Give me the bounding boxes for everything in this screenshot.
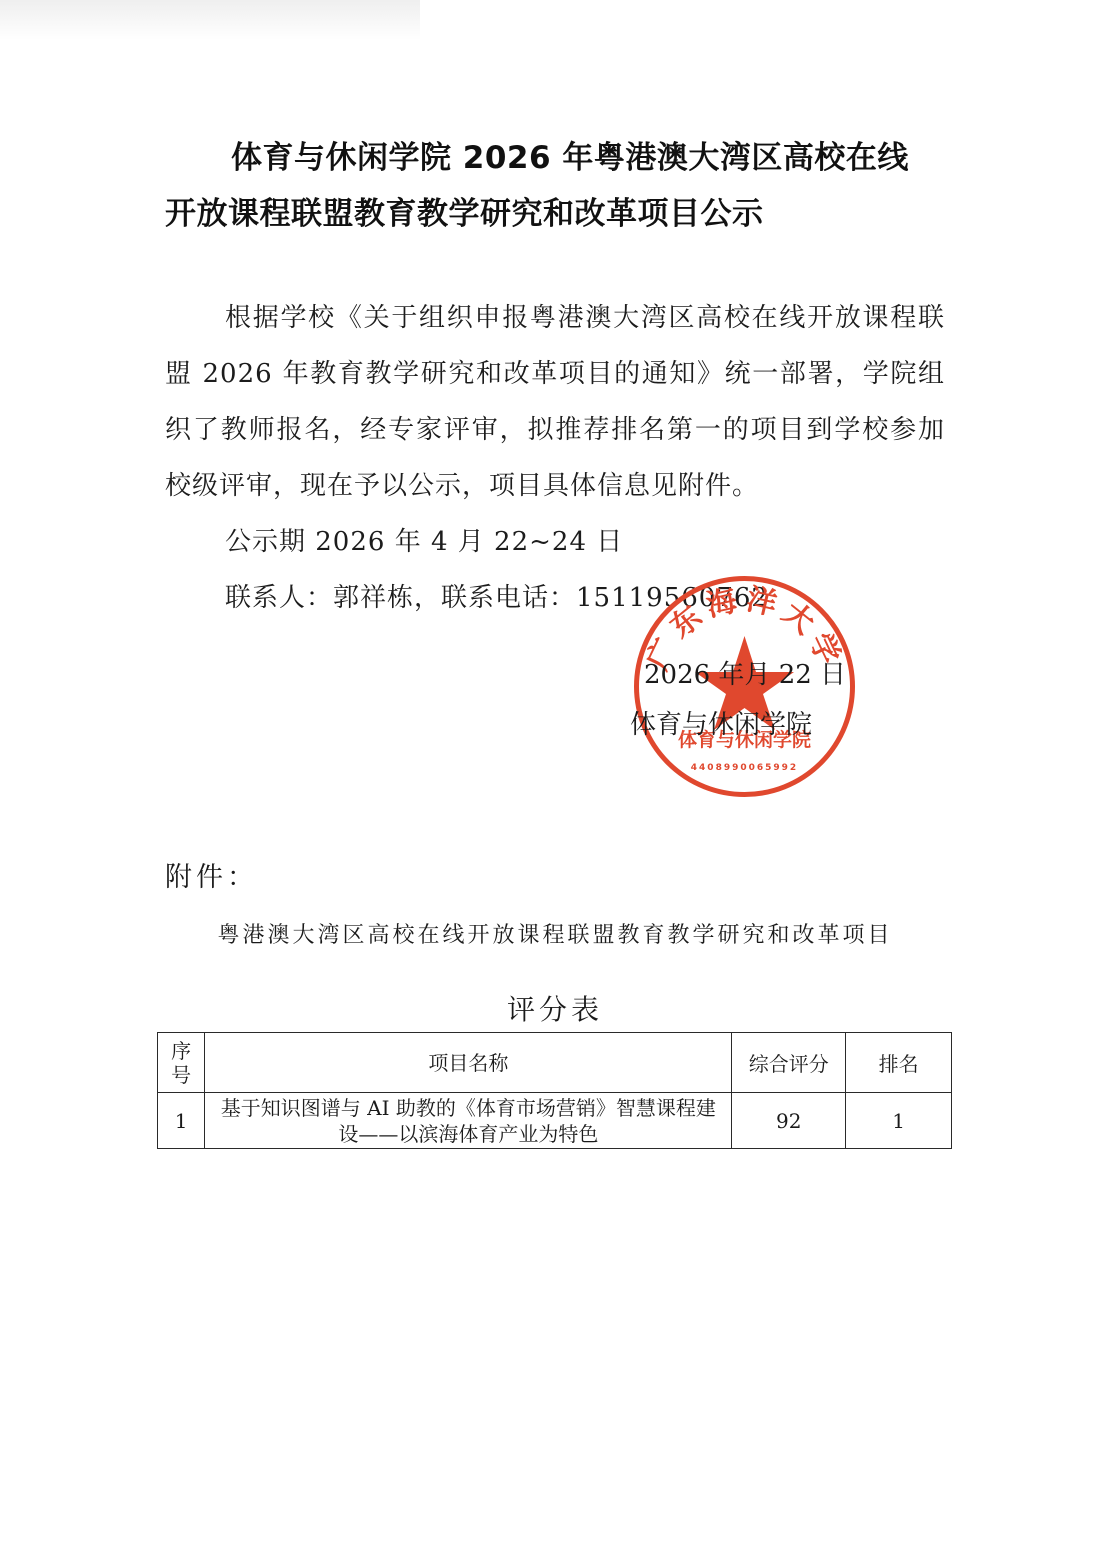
title-line-1: 体育与休闲学院 2026 年粤港澳大湾区高校在线	[165, 130, 955, 186]
document-title: 体育与休闲学院 2026 年粤港澳大湾区高校在线 开放课程联盟教育教学研究和改革…	[165, 130, 955, 242]
table-header-row: 序号 项目名称 综合评分 排名	[158, 1033, 952, 1093]
body-paragraph: 根据学校《关于组织申报粤港澳大湾区高校在线开放课程联盟 2026 年教育教学研究…	[165, 290, 945, 514]
table-title: 粤港澳大湾区高校在线开放课程联盟教育教学研究和改革项目	[165, 918, 945, 949]
table-row: 1 基于知识图谱与 AI 助教的《体育市场营销》智慧课程建设——以滨海体育产业为…	[158, 1093, 952, 1149]
seal-code: 4408990065992	[691, 763, 798, 773]
cell-rank: 1	[846, 1093, 952, 1149]
table-subtitle: 评分表	[165, 988, 945, 1028]
cell-project-name: 基于知识图谱与 AI 助教的《体育市场营销》智慧课程建设——以滨海体育产业为特色	[205, 1093, 732, 1149]
header-rank: 排名	[846, 1033, 952, 1093]
header-score: 综合评分	[732, 1033, 846, 1093]
attachment-label: 附件：	[165, 855, 258, 894]
signature-date: 2026 年月 22 日	[630, 650, 860, 700]
cell-score: 92	[732, 1093, 846, 1149]
score-table: 序号 项目名称 综合评分 排名 1 基于知识图谱与 AI 助教的《体育市场营销》…	[157, 1032, 952, 1149]
header-index: 序号	[158, 1033, 205, 1093]
cell-index: 1	[158, 1093, 205, 1149]
publication-period: 公示期 2026 年 4 月 22~24 日	[165, 514, 945, 570]
signature-org: 体育与休闲学院	[630, 700, 860, 750]
scan-shadow	[0, 0, 420, 40]
header-project-name: 项目名称	[205, 1033, 732, 1093]
title-line-2: 开放课程联盟教育教学研究和改革项目公示	[165, 186, 955, 242]
signature-block: 2026 年月 22 日 体育与休闲学院	[630, 650, 860, 750]
